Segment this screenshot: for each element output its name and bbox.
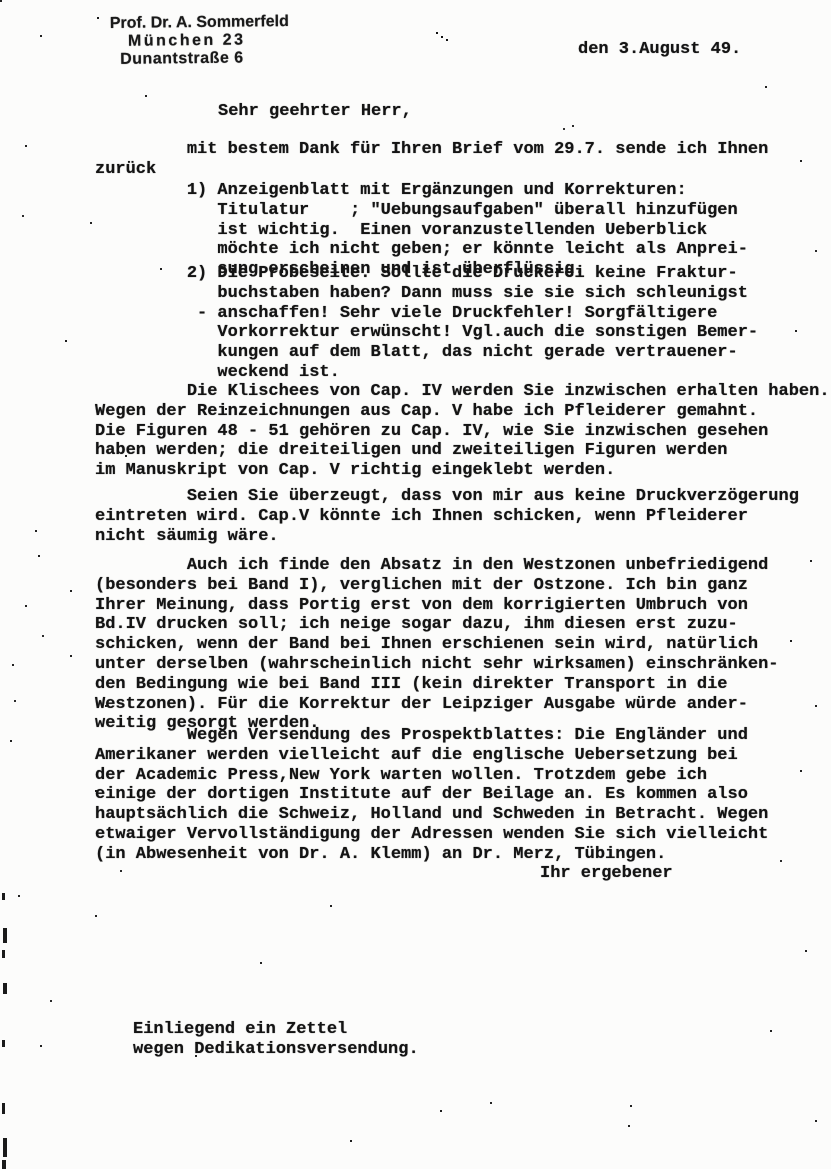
text-line: Amerikaner werden vielleicht auf die eng…: [95, 746, 768, 766]
text-line: buchstaben haben? Dann muss sie sie sich…: [95, 284, 758, 304]
edge-mark: [3, 1138, 7, 1157]
paragraph-prospektblatt: Wegen Versendung des Prospektblattes: Di…: [95, 726, 768, 865]
text-line: ist wichtig. Einen voranzustellenden Ueb…: [95, 221, 748, 241]
letter-page: Prof. Dr. A. Sommerfeld München 23 Dunan…: [0, 0, 831, 1169]
date-line: den 3.August 49.: [578, 40, 741, 60]
intro-paragraph: mit bestem Dank für Ihren Brief vom 29.7…: [95, 140, 768, 180]
text-line: 1) Anzeigenblatt mit Ergänzungen und Kor…: [95, 181, 748, 201]
edge-mark: [3, 983, 7, 994]
text-line: Wegen Versendung des Prospektblattes: Di…: [95, 726, 768, 746]
edge-mark: [2, 1040, 5, 1047]
text-line: Einliegend ein Zettel: [133, 1020, 419, 1040]
text-line: Westzonen). Für die Korrektur der Leipzi…: [95, 695, 779, 715]
list-item-probeseite: 2) Die Probeseite. Sollte die Druckerei …: [95, 264, 758, 383]
paragraph-westzonen: Auch ich finde den Absatz in den Westzon…: [95, 556, 779, 734]
text-line: einige der dortigen Institute auf der Be…: [95, 785, 768, 805]
text-line: unter derselben (wahrscheinlich nicht se…: [95, 655, 779, 675]
text-line: Titulatur ; "Uebungsaufgaben" überall hi…: [95, 201, 748, 221]
edge-mark: [2, 950, 5, 958]
text-line: Ihrer Meinung, dass Portig erst von dem …: [95, 596, 779, 616]
text-line: hauptsächlich die Schweiz, Holland und S…: [95, 805, 768, 825]
text-line: im Manuskript von Cap. V richtig eingekl…: [95, 461, 830, 481]
paragraph-druckverzoegerung: Seien Sie überzeugt, dass von mir aus ke…: [95, 487, 799, 546]
text-line: Auch ich finde den Absatz in den Westzon…: [95, 556, 779, 576]
edge-mark: [2, 893, 5, 900]
letterhead-street: Dunantstraße 6: [120, 49, 289, 69]
text-line: kungen auf dem Blatt, das nicht gerade v…: [95, 343, 758, 363]
text-line: haben werden; die dreiteiligen und zweit…: [95, 441, 830, 461]
text-line: etwaiger Vervollständigung der Adressen …: [95, 825, 768, 845]
text-line: mit bestem Dank für Ihren Brief vom 29.7…: [95, 140, 768, 160]
enclosure-note: Einliegend ein Zettelwegen Dedikationsve…: [133, 1020, 419, 1060]
text-line: Seien Sie überzeugt, dass von mir aus ke…: [95, 487, 799, 507]
edge-mark: [2, 1103, 5, 1114]
edge-mark: [2, 1160, 6, 1169]
text-line: Bd.IV drucken soll; ich neige sogar dazu…: [95, 615, 779, 635]
text-line: wegen Dedikationsversendung.: [133, 1040, 419, 1060]
text-line: Vorkorrektur erwünscht! Vgl.auch die son…: [95, 323, 758, 343]
text-line: 2) Die Probeseite. Sollte die Druckerei …: [95, 264, 758, 284]
text-line: nicht säumig wäre.: [95, 527, 799, 547]
text-line: möchte ich nicht geben; er könnte leicht…: [95, 240, 748, 260]
text-line: Die Klischees von Cap. IV werden Sie inz…: [95, 382, 830, 402]
scan-noise: [0, 0, 2, 2]
salutation: Sehr geehrter Herr,: [218, 102, 412, 122]
text-line: zurück: [95, 160, 768, 180]
text-line: - anschaffen! Sehr viele Druckfehler! So…: [95, 304, 758, 324]
text-line: (besonders bei Band I), verglichen mit d…: [95, 576, 779, 596]
letterhead: Prof. Dr. A. Sommerfeld München 23 Dunan…: [110, 13, 290, 69]
letterhead-city: München 23: [128, 31, 289, 51]
text-line: Die Figuren 48 - 51 gehören zu Cap. IV, …: [95, 422, 830, 442]
text-line: eintreten wird. Cap.V könnte ich Ihnen s…: [95, 507, 799, 527]
text-line: schicken, wenn der Band bei Ihnen erschi…: [95, 635, 779, 655]
text-line: weckend ist.: [95, 363, 758, 383]
paragraph-klischees: Die Klischees von Cap. IV werden Sie inz…: [95, 382, 830, 481]
edge-mark: [3, 928, 7, 943]
text-line: Wegen der Reinzeichnungen aus Cap. V hab…: [95, 402, 830, 422]
letterhead-name: Prof. Dr. A. Sommerfeld: [110, 13, 289, 33]
text-line: der Academic Press,New York warten wolle…: [95, 766, 768, 786]
text-line: (in Abwesenheit von Dr. A. Klemm) an Dr.…: [95, 845, 768, 865]
text-line: den Bedingung wie bei Band III (kein dir…: [95, 675, 779, 695]
closing-line: Ihr ergebener: [540, 864, 673, 884]
